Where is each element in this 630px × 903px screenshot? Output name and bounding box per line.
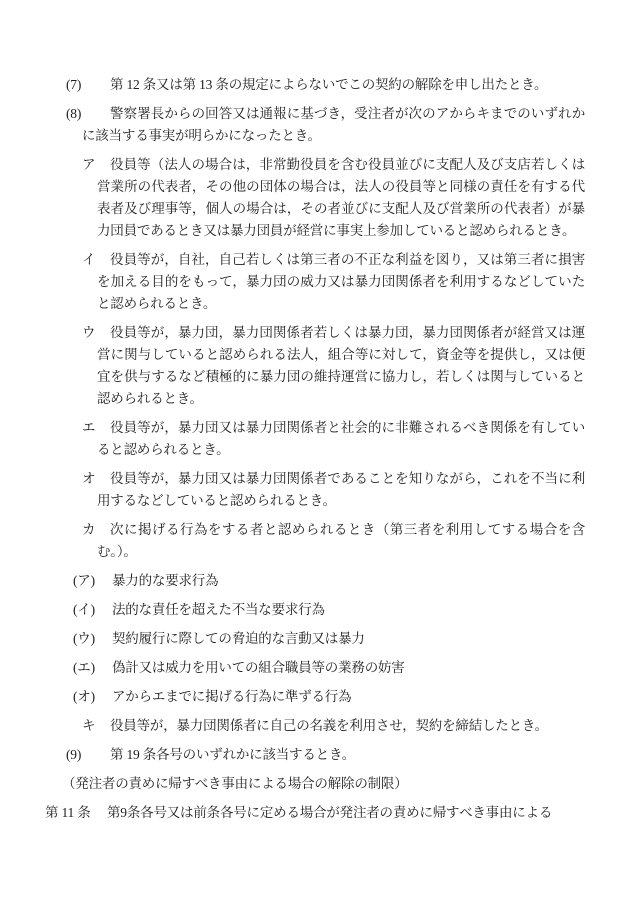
subsubitem-e-label: (エ) <box>73 657 95 679</box>
item-9-label: (9) <box>66 744 81 766</box>
subitem-ki: キ 役員等が，暴力団関係者に自己の名義を利用させ，契約を締結したとき。 <box>45 715 585 737</box>
item-7-label: (7) <box>66 74 81 96</box>
article-11: 第 11 条 第9条各号又は前条各号に定める場合が発注者の責めに帰すべき事由によ… <box>45 802 585 824</box>
subitem-a-label: ア <box>82 154 95 176</box>
subitem-e-text: 役員等が，暴力団又は暴力団関係者と社会的に非難されるべき関係を有していると認めら… <box>97 420 585 457</box>
subsubitem-i-text: 法的な責任を超えた不当な要求行為 <box>112 602 325 617</box>
subitem-i: イ 役員等が，自社，自己若しくは第三者の不正な利益を図り，又は第三者に損害を加え… <box>45 249 585 315</box>
subitem-u-label: ウ <box>82 322 95 344</box>
section-heading-text: （発注者の責めに帰すべき事由による場合の解除の制限） <box>62 776 408 791</box>
subsubitem-a-text: 暴力的な要求行為 <box>112 573 218 588</box>
subitem-i-text: 役員等が，自社，自己若しくは第三者の不正な利益を図り，又は第三者に損害を加える目… <box>97 252 585 311</box>
subsubitem-a-label: (ア) <box>73 570 95 592</box>
item-7: (7) 第 12 条又は第 13 条の規定によらないでこの契約の解除を申し出たと… <box>45 74 585 96</box>
subitem-ki-label: キ <box>82 715 95 737</box>
subsubitem-u-text: 契約履行に際しての脅迫的な言動又は暴力 <box>112 631 365 646</box>
subsubitem-o-label: (オ) <box>73 686 95 708</box>
subsubitem-e-text: 偽計又は威力を用いての組合職員等の業務の妨害 <box>112 660 405 675</box>
document-page: (7) 第 12 条又は第 13 条の規定によらないでこの契約の解除を申し出たと… <box>0 0 630 903</box>
subitem-o-label: オ <box>82 468 95 490</box>
subitem-o: オ 役員等が，暴力団又は暴力団関係者であることを知りながら，これを不当に利用する… <box>45 468 585 512</box>
subitem-u: ウ 役員等が，暴力団，暴力団関係者若しくは暴力団，暴力団関係者が経営又は運営に関… <box>45 322 585 410</box>
item-8: (8) 警察署長からの回答又は通報に基づき，受注者が次のアからキまでのいずれかに… <box>45 103 585 147</box>
subitem-i-label: イ <box>82 249 95 271</box>
item-9-text: 第 19 条各号のいずれかに該当するとき。 <box>110 747 355 762</box>
subsubitem-i-label: (イ) <box>73 599 95 621</box>
article-11-label: 第 11 条 <box>45 802 91 824</box>
subsubitem-e: (エ) 偽計又は威力を用いての組合職員等の業務の妨害 <box>45 657 585 679</box>
subitem-ka-text: 次に掲げる行為をする者と認められるとき（第三者を利用してする場合を含む。）。 <box>97 522 585 559</box>
subitem-u-text: 役員等が，暴力団，暴力団関係者若しくは暴力団，暴力団関係者が経営又は運営に関与し… <box>97 325 585 406</box>
subsubitem-u: (ウ) 契約履行に際しての脅迫的な言動又は暴力 <box>45 628 585 650</box>
article-11-text: 第9条各号又は前条各号に定める場合が発注者の責めに帰すべき事由による <box>107 805 552 820</box>
section-heading-note: （発注者の責めに帰すべき事由による場合の解除の制限） <box>45 773 585 795</box>
item-7-text: 第 12 条又は第 13 条の規定によらないでこの契約の解除を申し出たとき。 <box>110 77 547 92</box>
subsubitem-o: (オ) アからエまでに掲げる行為に準ずる行為 <box>45 686 585 708</box>
subitem-ka: カ 次に掲げる行為をする者と認められるとき（第三者を利用してする場合を含む。）。 <box>45 519 585 563</box>
subitem-e: エ 役員等が，暴力団又は暴力団関係者と社会的に非難されるべき関係を有していると認… <box>45 417 585 461</box>
subsubitem-i: (イ) 法的な責任を超えた不当な要求行為 <box>45 599 585 621</box>
subitem-e-label: エ <box>82 417 95 439</box>
item-8-text: 警察署長からの回答又は通報に基づき，受注者が次のアからキまでのいずれかに該当する… <box>82 106 585 143</box>
item-8-label: (8) <box>66 103 81 125</box>
subsubitem-o-text: アからエまでに掲げる行為に準ずる行為 <box>112 689 351 704</box>
item-9: (9) 第 19 条各号のいずれかに該当するとき。 <box>45 744 585 766</box>
subitem-o-text: 役員等が，暴力団又は暴力団関係者であることを知りながら，これを不当に利用するなど… <box>97 471 585 508</box>
subsubitem-a: (ア) 暴力的な要求行為 <box>45 570 585 592</box>
subitem-a-text: 役員等（法人の場合は，非常勤役員を含む役員並びに支配人及び支店若しくは営業所の代… <box>97 157 585 238</box>
subitem-ki-text: 役員等が，暴力団関係者に自己の名義を利用させ，契約を締結したとき。 <box>110 718 548 733</box>
subsubitem-u-label: (ウ) <box>73 628 95 650</box>
subitem-ka-label: カ <box>82 519 95 541</box>
subitem-a: ア 役員等（法人の場合は，非常勤役員を含む役員並びに支配人及び支店若しくは営業所… <box>45 154 585 242</box>
